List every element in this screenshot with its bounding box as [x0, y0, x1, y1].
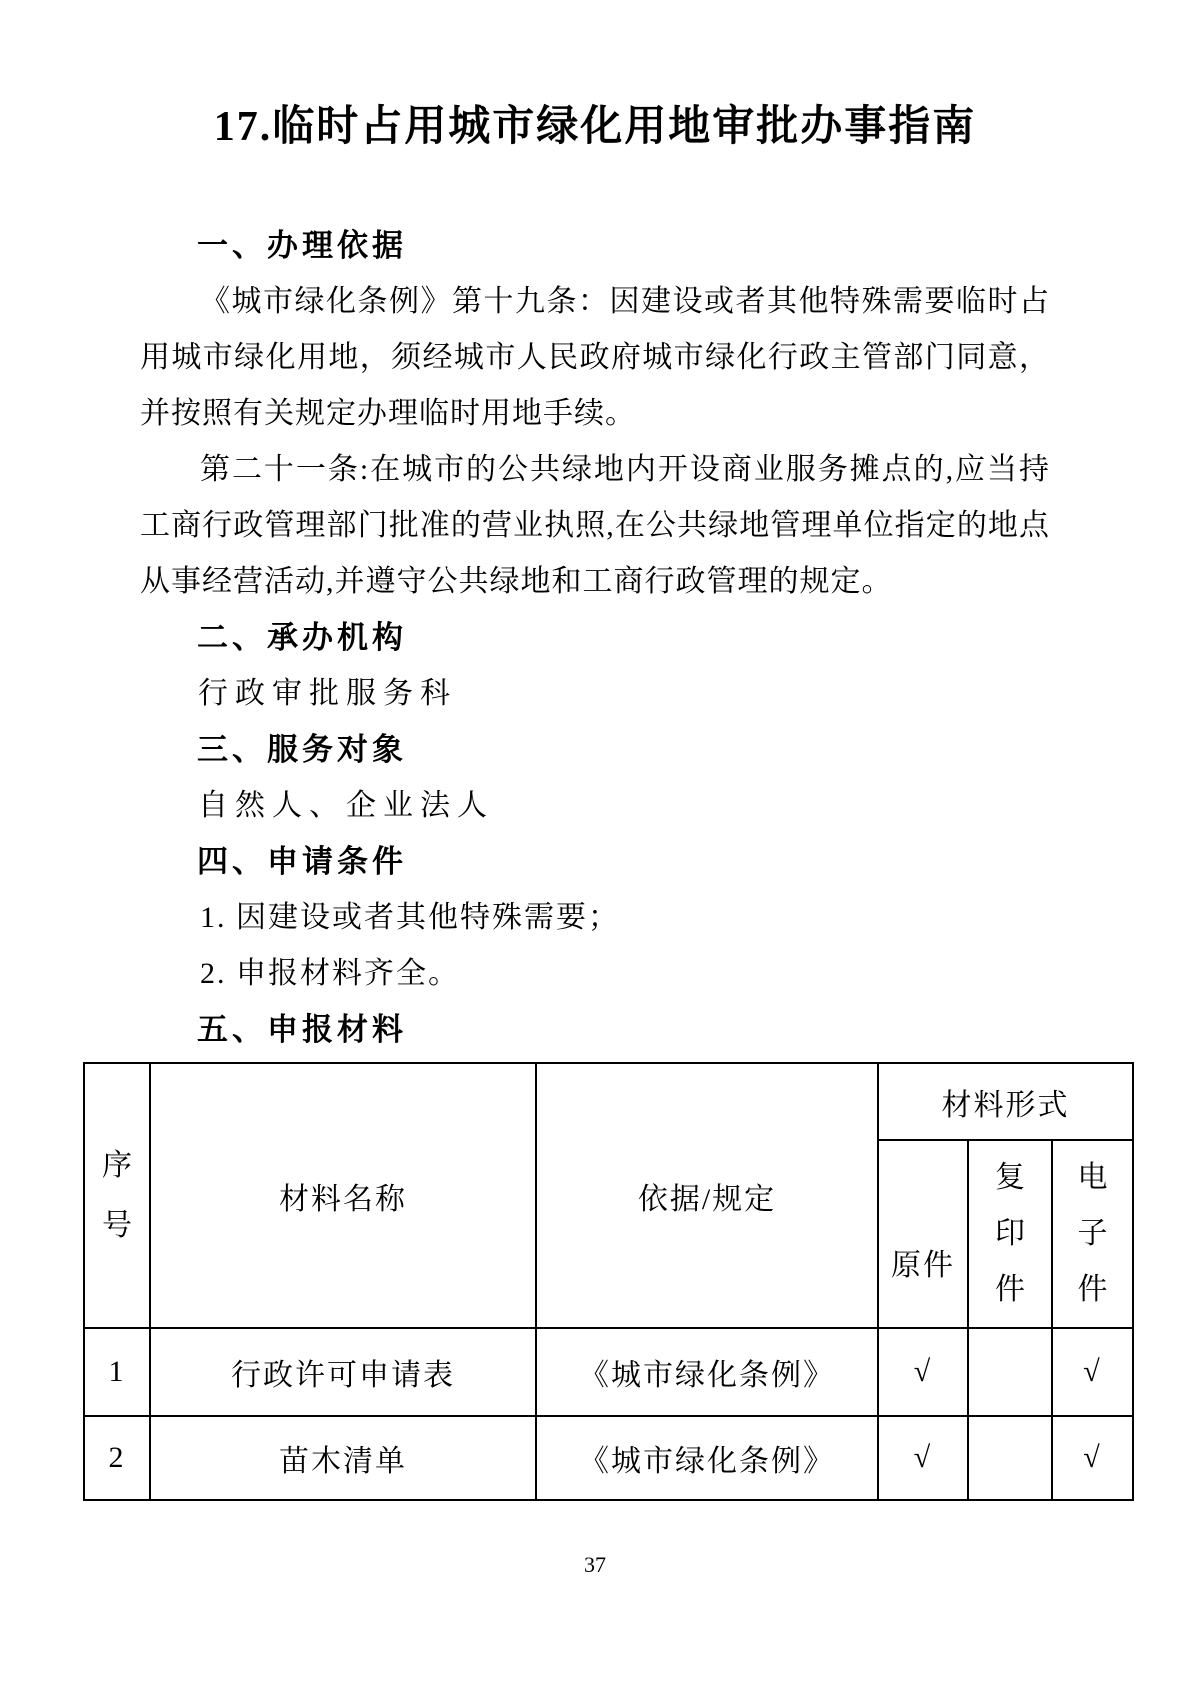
header-cell-copy: 复印件	[968, 1140, 1052, 1328]
paragraph: 第二十一条:在城市的公共绿地内开设商业服务摊点的,应当持工商行政管理部门批准的营…	[140, 442, 1050, 610]
section-heading-1: 一、办理依据	[140, 218, 1050, 274]
table-header-row-top: 序号 材料名称 依据/规定 材料形式	[84, 1063, 1133, 1140]
materials-table: 序号 材料名称 依据/规定 材料形式 原件 复印件 电子件 1 行政许可申请表 …	[83, 1062, 1134, 1501]
handling-department: 行政审批服务科	[140, 666, 1050, 722]
material-name-cell: 苗木清单	[150, 1416, 536, 1500]
basis-cell: 《城市绿化条例》	[536, 1416, 878, 1500]
row-index-cell: 2	[84, 1416, 150, 1500]
section-heading-4: 四、申请条件	[140, 834, 1050, 890]
page-number: 37	[140, 1553, 1050, 1577]
section-heading-5: 五、申报材料	[140, 1002, 1050, 1058]
header-cell-electronic: 电子件	[1052, 1140, 1133, 1328]
electronic-check-cell: √	[1052, 1328, 1133, 1416]
section-heading-3: 三、服务对象	[140, 722, 1050, 778]
row-index-cell: 1	[84, 1328, 150, 1416]
header-cell-index: 序号	[84, 1063, 150, 1328]
original-check-cell: √	[878, 1328, 968, 1416]
page-title: 17.临时占用城市绿化用地审批办事指南	[140, 98, 1050, 156]
condition-item-2: 2. 申报材料齐全。	[140, 946, 1050, 1002]
header-cell-form-group: 材料形式	[878, 1063, 1133, 1140]
material-name-cell: 行政许可申请表	[150, 1328, 536, 1416]
copy-check-cell	[968, 1328, 1052, 1416]
original-check-cell: √	[878, 1416, 968, 1500]
header-cell-original: 原件	[878, 1140, 968, 1328]
table-row: 1 行政许可申请表 《城市绿化条例》 √ √	[84, 1328, 1133, 1416]
paragraph: 《城市绿化条例》第十九条：因建设或者其他特殊需要临时占用城市绿化用地，须经城市人…	[140, 274, 1050, 442]
copy-check-cell	[968, 1416, 1052, 1500]
header-index-label: 序号	[101, 1136, 134, 1256]
table-row: 2 苗木清单 《城市绿化条例》 √ √	[84, 1416, 1133, 1500]
header-electronic-label: 电子件	[1076, 1150, 1109, 1318]
section-heading-2: 二、承办机构	[140, 610, 1050, 666]
condition-item-1: 1. 因建设或者其他特殊需要；	[140, 890, 1050, 946]
header-copy-label: 复印件	[994, 1150, 1027, 1318]
basis-cell: 《城市绿化条例》	[536, 1328, 878, 1416]
document-page: 17.临时占用城市绿化用地审批办事指南 一、办理依据 《城市绿化条例》第十九条：…	[0, 0, 1190, 1684]
header-cell-basis: 依据/规定	[536, 1063, 878, 1328]
electronic-check-cell: √	[1052, 1416, 1133, 1500]
service-target: 自然人、企业法人	[140, 778, 1050, 834]
header-cell-name: 材料名称	[150, 1063, 536, 1328]
